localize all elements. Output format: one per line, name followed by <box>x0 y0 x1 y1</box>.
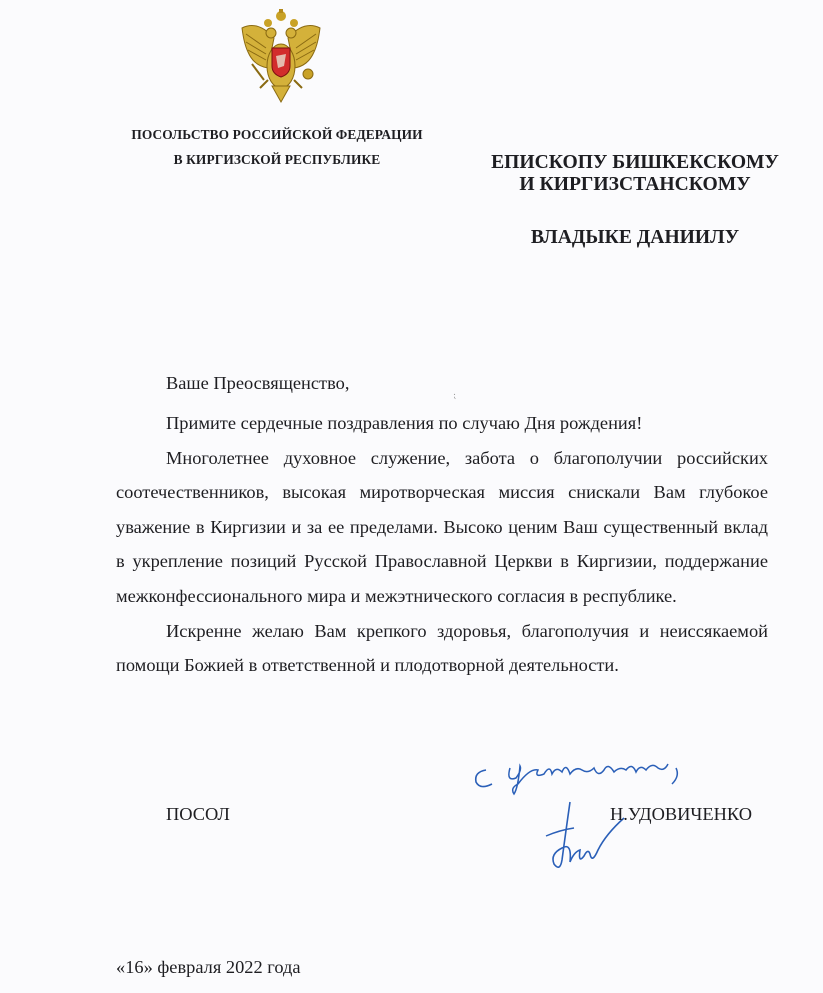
salutation: Ваше Преосвященство, <box>166 366 349 400</box>
paragraph-wishes: Искренне желаю Вам крепкого здоровья, бл… <box>116 614 768 683</box>
addressee-name: ВЛАДЫКЕ ДАНИИЛУ <box>470 227 800 249</box>
letter-page: ПОСОЛЬСТВО РОССИЙСКОЙ ФЕДЕРАЦИИ В КИРГИЗ… <box>0 0 823 993</box>
signatory-title: ПОСОЛ <box>166 804 230 825</box>
addressee-block: ЕПИСКОПУ БИШКЕКСКОМУ И КИРГИЗСТАНСКОМУ В… <box>470 152 800 249</box>
addressee-line-1: ЕПИСКОПУ БИШКЕКСКОМУ <box>470 152 800 174</box>
paragraph-appreciation: Многолетнее духовное служение, забота о … <box>116 441 768 614</box>
letter-body: Примите сердечные поздравления по случаю… <box>116 406 768 683</box>
scan-speck: ⁏ <box>453 390 456 398</box>
embassy-letterhead: ПОСОЛЬСТВО РОССИЙСКОЙ ФЕДЕРАЦИИ В КИРГИЗ… <box>110 122 444 172</box>
handwritten-closing: С уважением, <box>470 748 710 796</box>
signatory-name: Н.УДОВИЧЕНКО <box>610 804 752 825</box>
addressee-line-2: И КИРГИЗСТАНСКОМУ <box>470 174 800 196</box>
paragraph-congratulations: Примите сердечные поздравления по случаю… <box>116 406 768 441</box>
sender-line-1: ПОСОЛЬСТВО РОССИЙСКОЙ ФЕДЕРАЦИИ <box>110 122 444 147</box>
coat-of-arms-icon <box>238 8 324 104</box>
sender-line-2: В КИРГИЗСКОЙ РЕСПУБЛИКЕ <box>110 147 444 172</box>
letter-date: «16» февраля 2022 года <box>116 957 301 978</box>
